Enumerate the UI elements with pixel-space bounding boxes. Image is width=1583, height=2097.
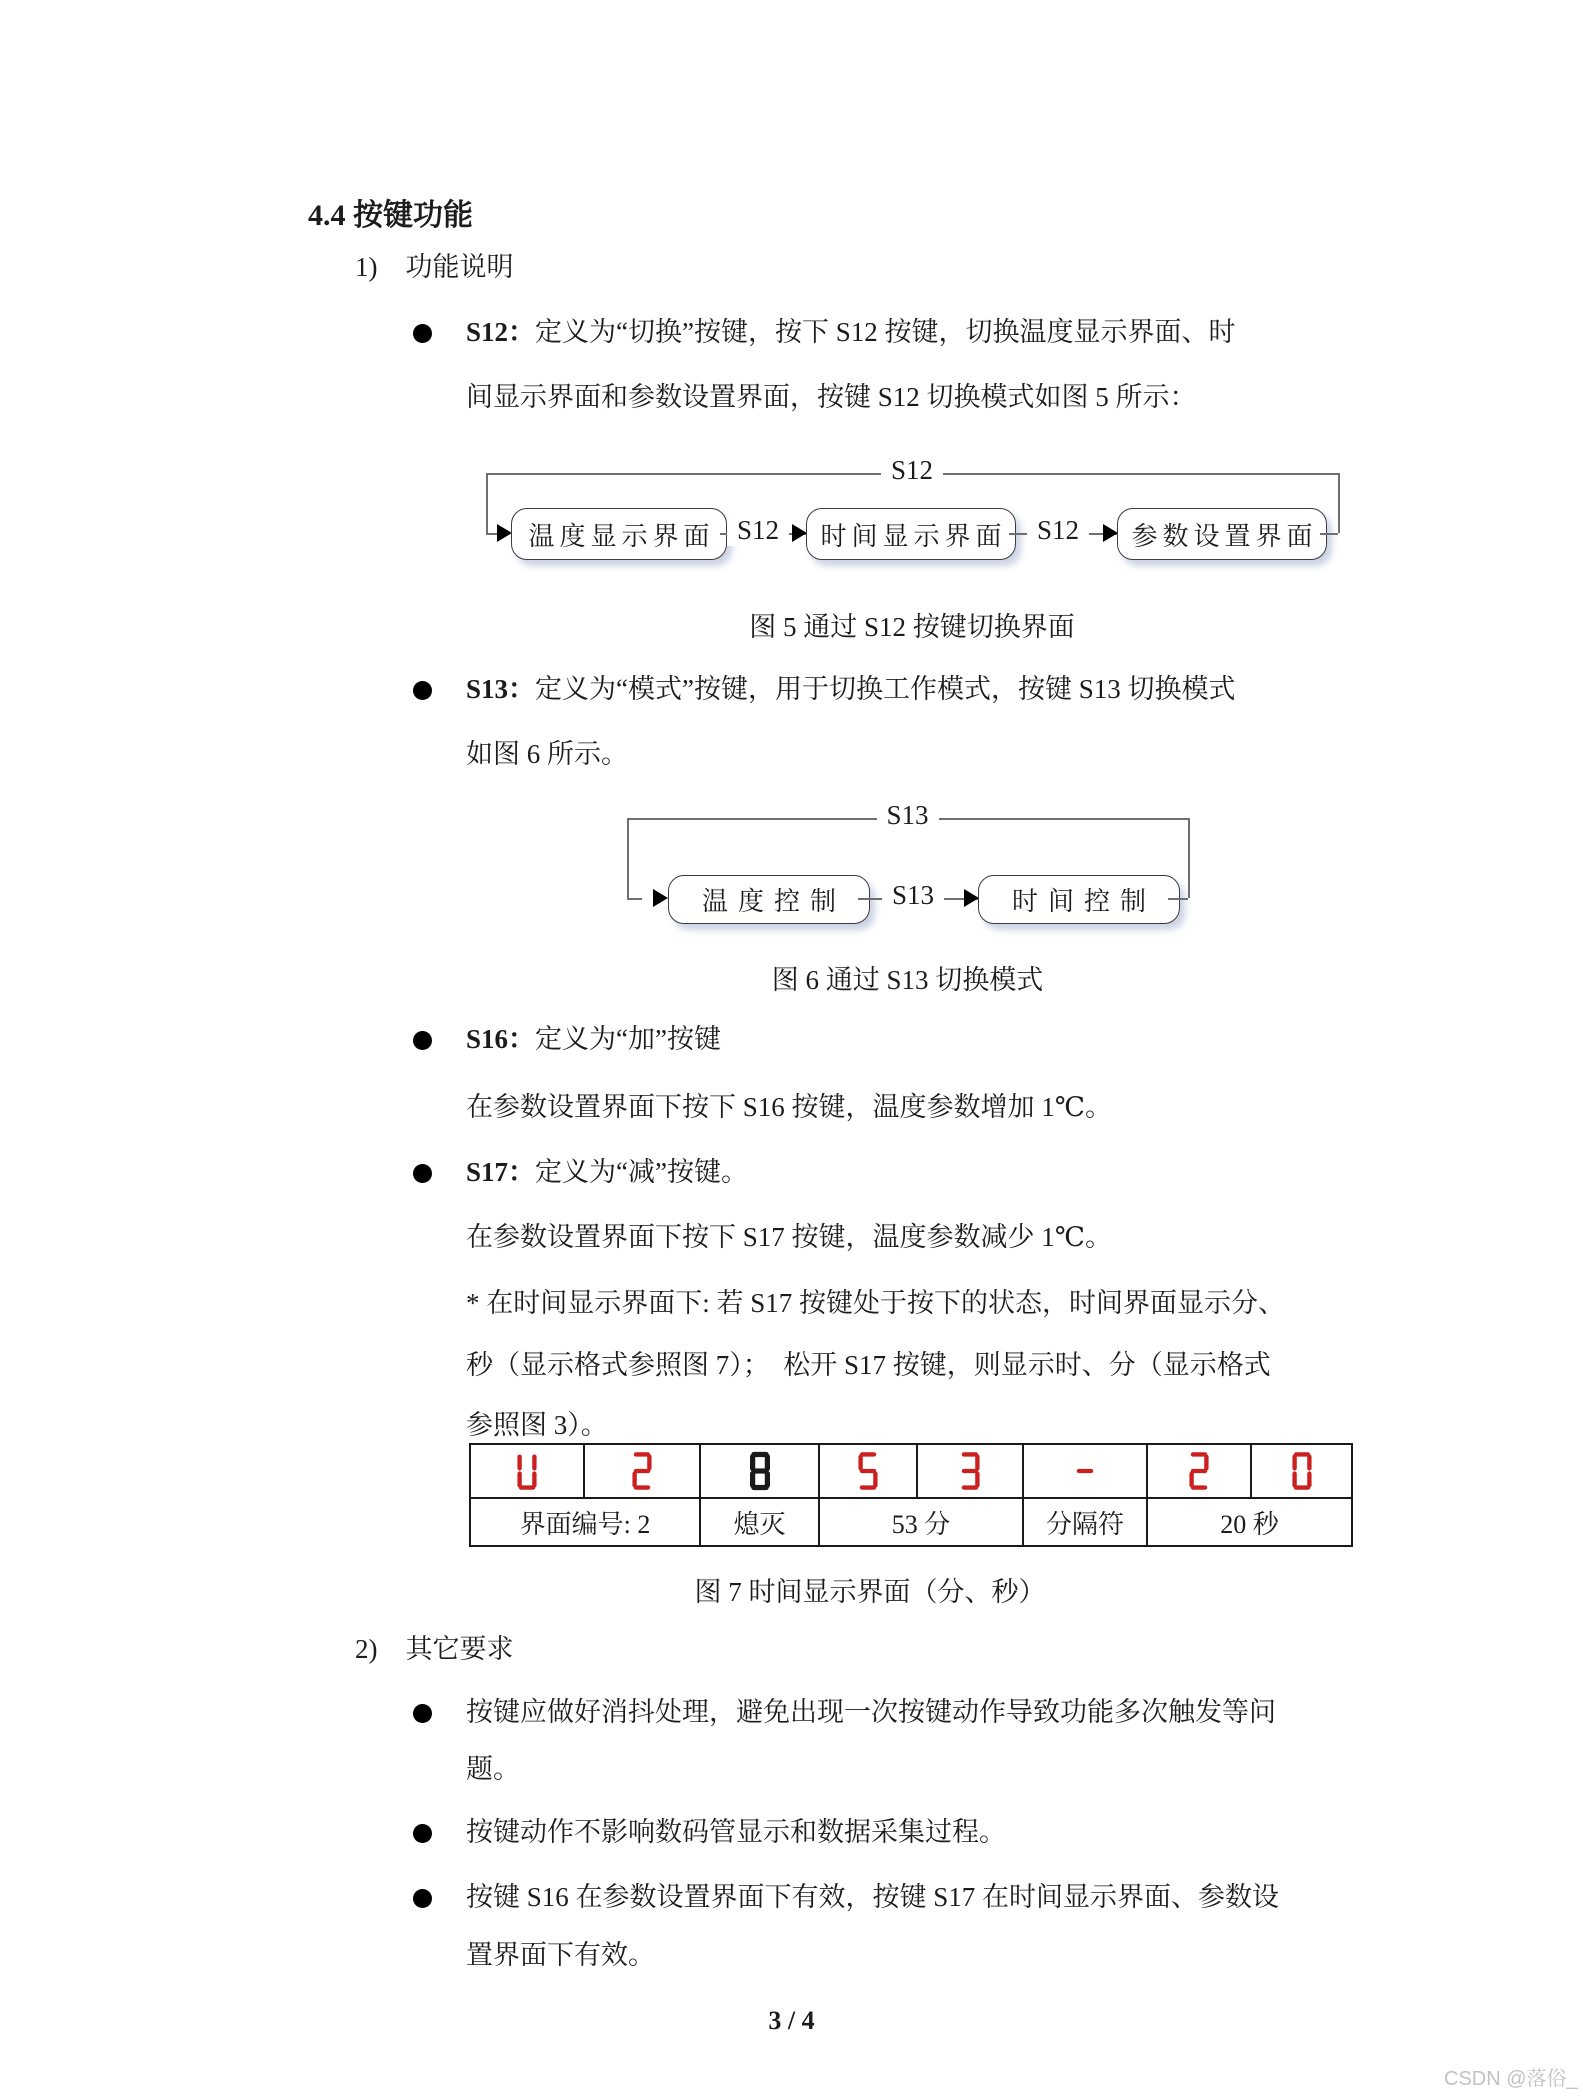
bullet-dot-icon [413,1889,432,1908]
arrow-right-icon [792,524,807,542]
s17-note-line2: 秒（显示格式参照图 7）； 松开 S17 按键，则显示时、分（显示格式 [466,1348,1271,1382]
seven-segment-digit-0 [1251,1444,1352,1498]
seven-segment-digit-3 [917,1444,1023,1498]
figure5-caption: 图 5 通过 S12 按键切换界面 [486,605,1338,644]
section-heading: 4.4 按键功能 [308,190,473,234]
fig6-loop-line-left-stub [627,898,642,900]
seven-segment-digit-U [470,1444,584,1498]
seven-segment-digit-5 [819,1444,917,1498]
list-item-1: 1) 功能说明 [355,250,514,284]
fig6-loop-label: S13 [876,800,938,831]
fig5-box-time-display: 时间显示界面 [806,508,1016,560]
bullet-s17: S17：定义为“减”按键。 [413,1155,748,1189]
seven-segment-table: 界面编号: 2 熄灭 53 分 分隔符 20 秒 [469,1443,1353,1547]
list-item-2: 2) 其它要求 [355,1632,514,1666]
document-page: 4.4 按键功能 1) 功能说明 S12：定义为“切换”按键，按下 S12 按键… [0,0,1583,2097]
bullet-s16-line1: S16：定义为“加”按键 [466,1022,721,1056]
seven-segment-digit-dash [1023,1444,1147,1498]
seven-segment-digit-8 [700,1444,819,1498]
bullet-debounce: 按键应做好消抖处理，避免出现一次按键动作导致功能多次触发等问 [413,1695,1276,1729]
fig6-link-label: S13 [882,880,944,911]
figure6-diagram: S13 温度控制 S13 时间控制 [627,803,1188,923]
label-separator: 分隔符 [1023,1498,1147,1546]
label-interface-number: 界面编号: 2 [470,1498,700,1546]
list-number: 1) [355,250,378,284]
label-minutes: 53 分 [819,1498,1023,1546]
fig6-box-temp-control: 温度控制 [668,875,870,924]
bullet-s16: S16：定义为“加”按键 [413,1022,721,1056]
fig6-loop-line-left [627,818,629,898]
fig5-box-temp-display: 温度显示界面 [511,508,727,560]
bullet-dot-icon [413,1164,432,1183]
bullet-dot-icon [413,1704,432,1723]
bullet-s12-line2: 间显示界面和参数设置界面，按键 S12 切换模式如图 5 所示： [466,380,1197,414]
bullet-validity-line2: 置界面下有效。 [466,1938,655,1972]
seven-segment-digit-2b [1147,1444,1251,1498]
fig5-link1-label: S12 [727,515,789,546]
bullet-no-impact: 按键动作不影响数码管显示和数据采集过程。 [413,1815,1006,1849]
bullet-s12-line1: S12：定义为“切换”按键，按下 S12 按键，切换温度显示界面、时 [466,315,1236,349]
bullet-s13-line2: 如图 6 所示。 [466,737,628,771]
figure7-table: 界面编号: 2 熄灭 53 分 分隔符 20 秒 [469,1443,1353,1547]
label-row: 界面编号: 2 熄灭 53 分 分隔符 20 秒 [470,1498,1352,1546]
list-title: 其它要求 [406,1632,514,1666]
fig6-box-time-control: 时间控制 [978,875,1180,924]
figure6-caption: 图 6 通过 S13 切换模式 [627,958,1188,997]
fig5-loop-line-right [1338,473,1340,533]
watermark: CSDN @落俗_ [1444,2062,1578,2091]
fig5-link2-label: S12 [1027,515,1089,546]
bullet-s17-line1: S17：定义为“减”按键。 [466,1155,748,1189]
arrow-right-icon [964,889,979,907]
s17-note-line1: * 在时间显示界面下: 若 S17 按键处于按下的状态，时间界面显示分、 [466,1286,1285,1320]
bullet-dot-icon [413,1824,432,1843]
digit-row [470,1444,1352,1498]
bullet-validity: 按键 S16 在参数设置界面下有效，按键 S17 在时间显示界面、参数设 [413,1880,1279,1914]
figure5-diagram: S12 温度显示界面 S12 时间显示界面 S12 参数设置界面 [486,458,1338,570]
fig5-box-param-setting: 参数设置界面 [1117,508,1327,560]
bullet-dot-icon [413,681,432,700]
fig5-loop-label: S12 [881,455,943,486]
bullet-s12: S12：定义为“切换”按键，按下 S12 按键，切换温度显示界面、时 [413,315,1236,349]
seven-segment-digit-2 [584,1444,700,1498]
bullet-s13: S13：定义为“模式”按键，用于切换工作模式，按键 S13 切换模式 [413,672,1236,706]
bullet-s17-line2: 在参数设置界面下按下 S17 按键，温度参数减少 1℃。 [466,1220,1112,1254]
fig5-loop-line-left [486,473,488,533]
label-seconds: 20 秒 [1147,1498,1352,1546]
arrow-right-icon [1103,524,1118,542]
label-off: 熄灭 [700,1498,819,1546]
s17-note-line3: 参照图 3）。 [466,1408,608,1442]
list-number: 2) [355,1632,378,1666]
arrow-right-icon [653,889,668,907]
fig6-loop-line-right-stub [1168,898,1188,900]
fig5-loop-line-right-stub [1320,533,1338,535]
bullet-dot-icon [413,324,432,343]
figure7-caption: 图 7 时间显示界面（分、秒） [429,1570,1311,1609]
bullet-s16-line2: 在参数设置界面下按下 S16 按键，温度参数增加 1℃。 [466,1090,1112,1124]
list-title: 功能说明 [406,250,514,284]
fig6-loop-line-right [1188,818,1190,898]
bullet-s13-line1: S13：定义为“模式”按键，用于切换工作模式，按键 S13 切换模式 [466,672,1236,706]
page-number: 3 / 4 [0,2006,1583,2036]
bullet-debounce-line2: 题。 [466,1752,520,1786]
bullet-dot-icon [413,1031,432,1050]
arrow-right-icon [497,524,512,542]
